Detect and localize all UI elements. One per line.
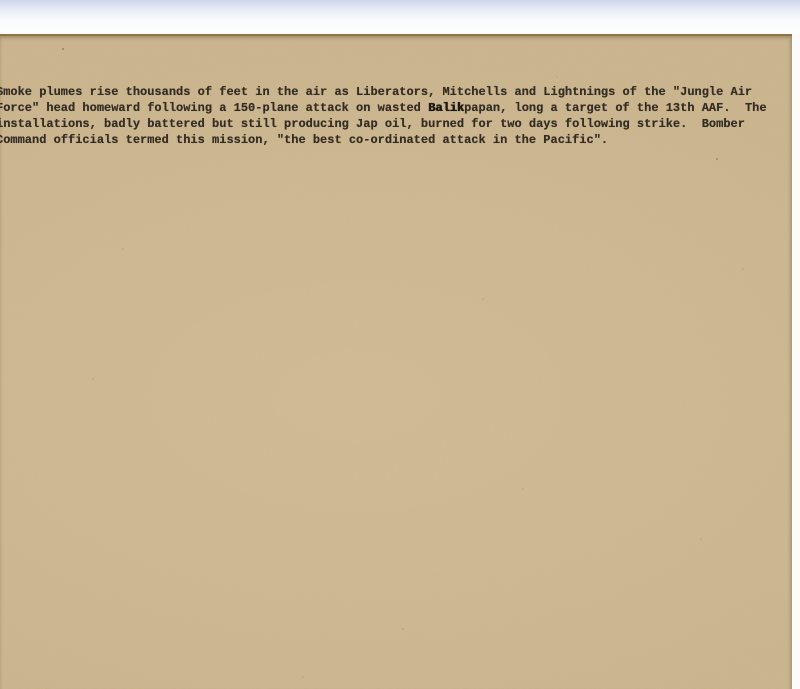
caption-paper: Smoke plumes rise thousands of feet in t…: [0, 34, 792, 689]
caption-line-4: Command officials termed this mission, "…: [0, 132, 792, 148]
caption-line-1: Smoke plumes rise thousands of feet in t…: [0, 84, 792, 100]
scanned-caption-page: Smoke plumes rise thousands of feet in t…: [0, 0, 800, 689]
caption-text-block: Smoke plumes rise thousands of feet in t…: [0, 84, 792, 148]
scan-top-margin: [0, 0, 800, 34]
caption-line-2-pre: Force" head homeward following a 150-pla…: [0, 101, 428, 115]
paper-specks: [0, 36, 2, 38]
caption-line-2-post: papan, long a target of the 13th AAF. Th…: [464, 101, 766, 115]
caption-line-2-overstruck-word: Balik: [428, 101, 464, 115]
caption-line-2: Force" head homeward following a 150-pla…: [0, 100, 792, 116]
caption-line-3: installations, badly battered but still …: [0, 116, 792, 132]
